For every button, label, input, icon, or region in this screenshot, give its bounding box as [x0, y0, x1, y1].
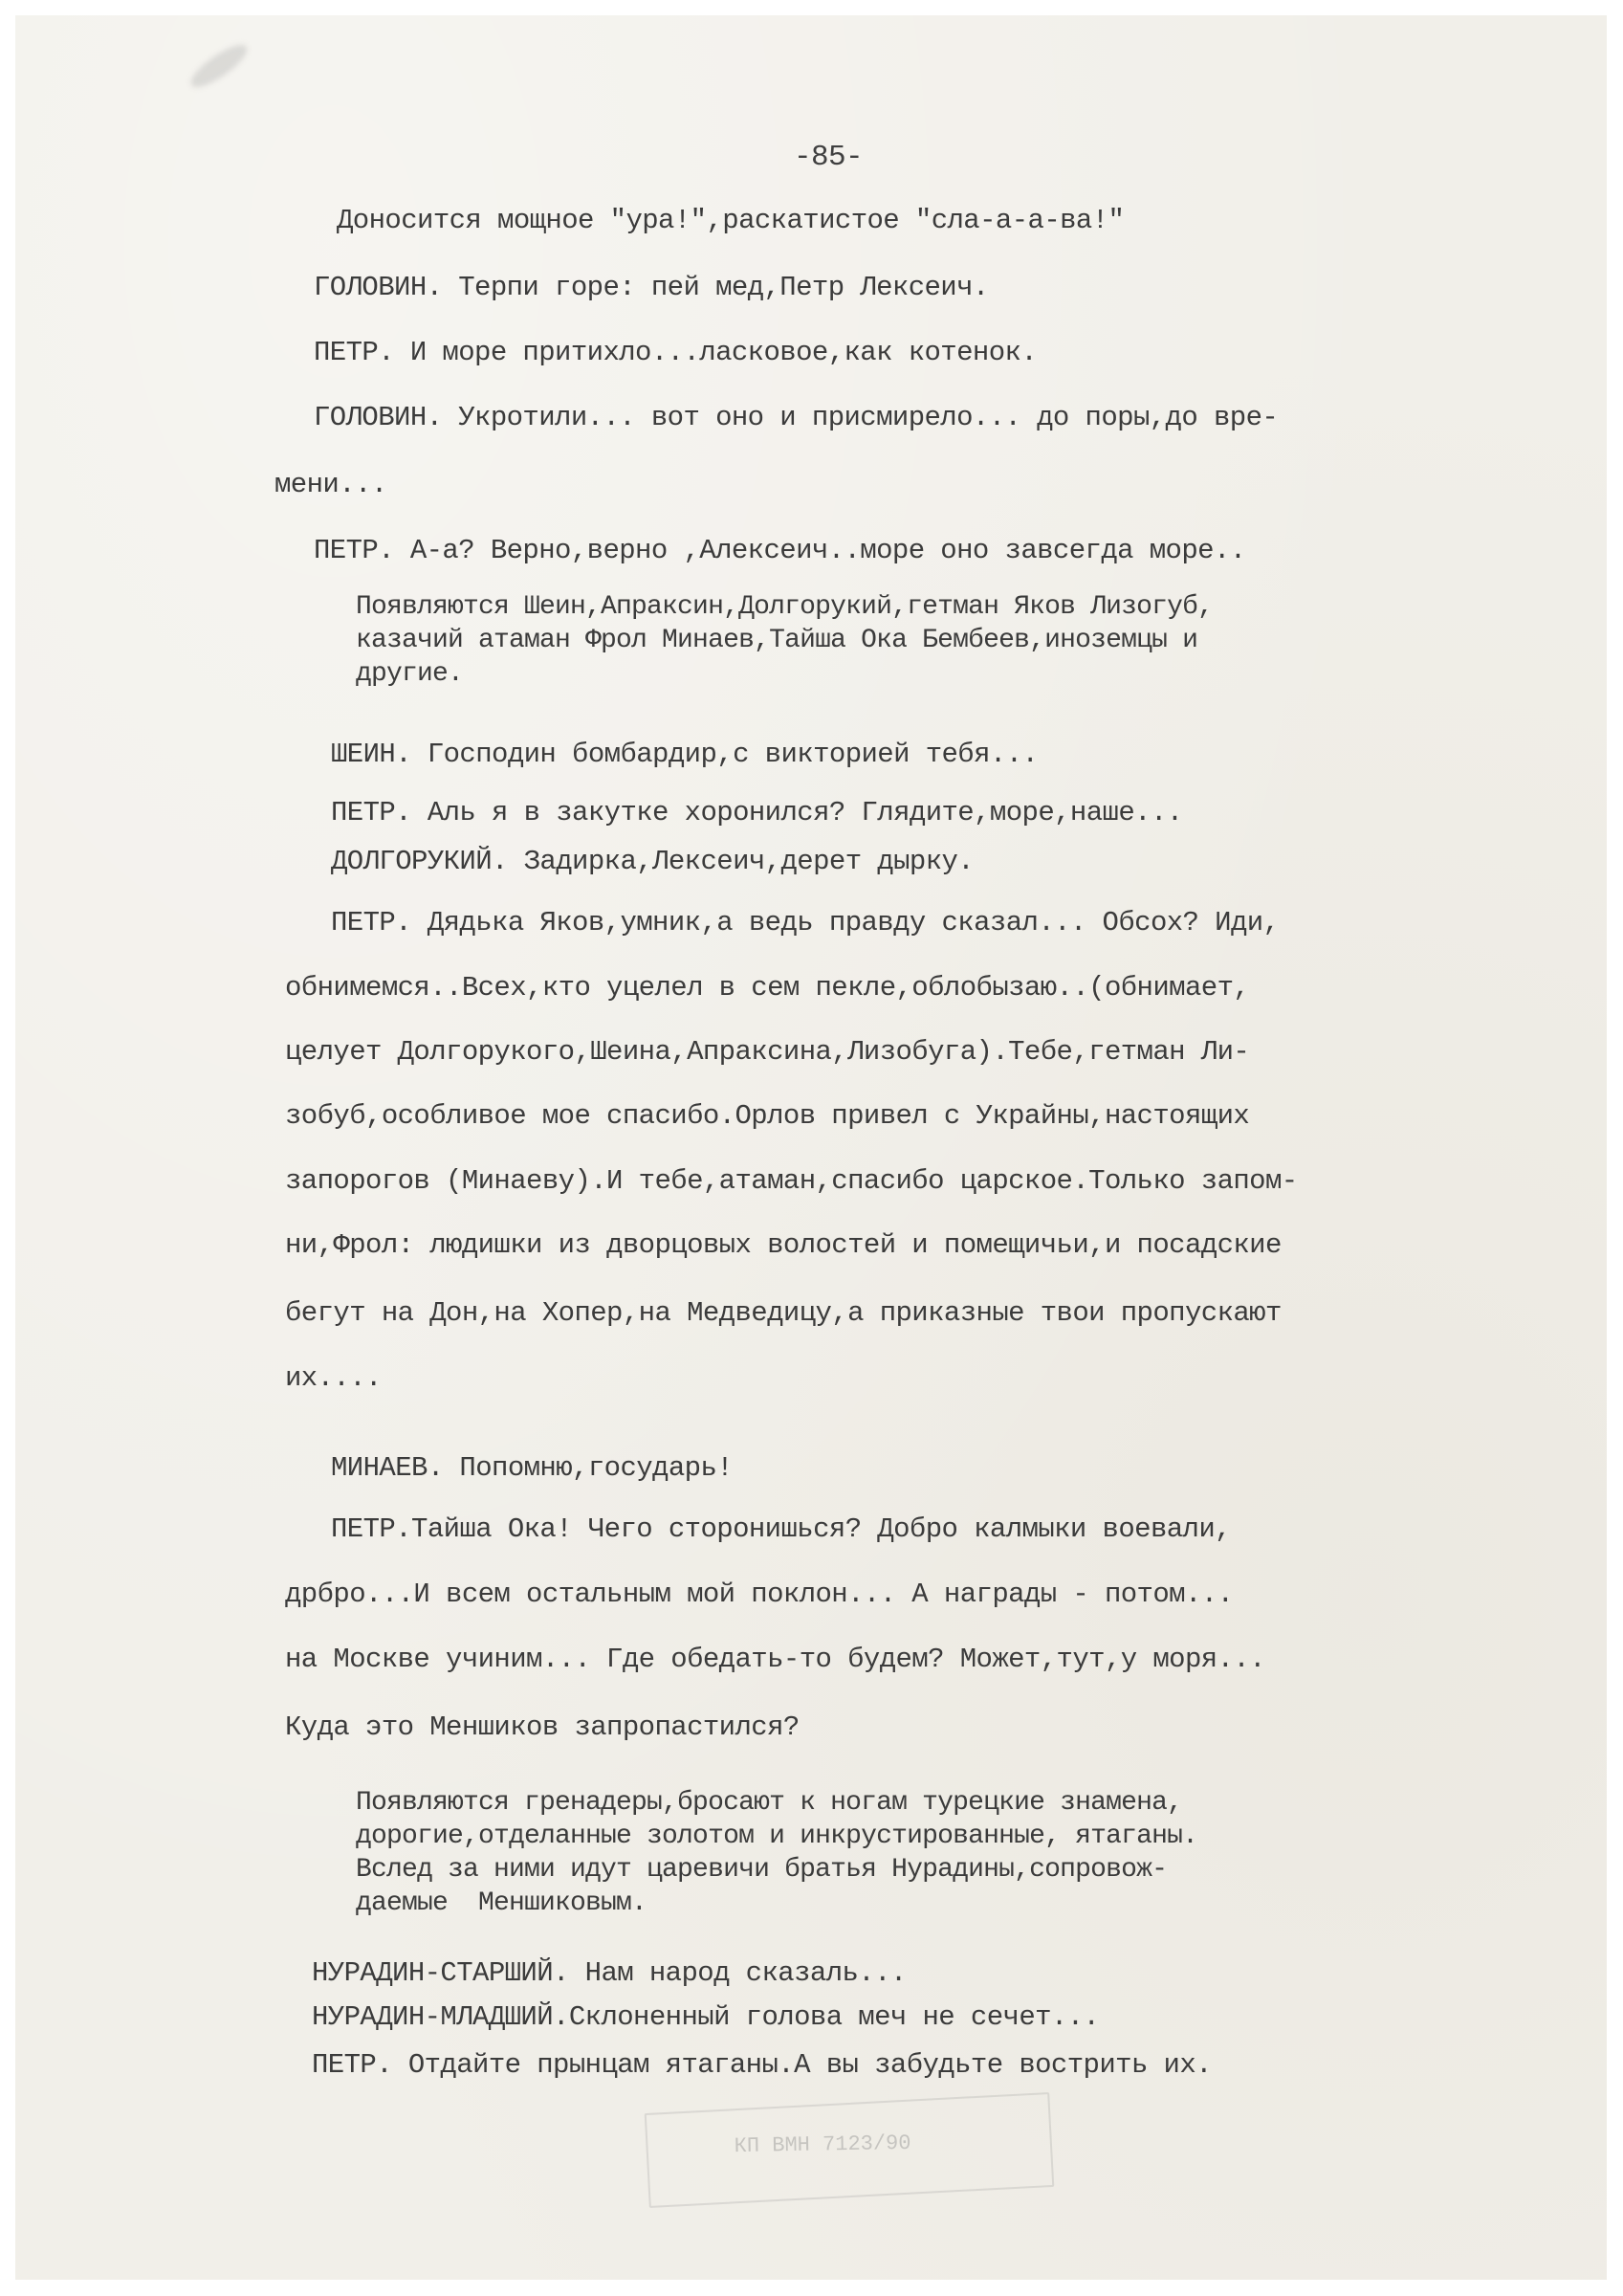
dialogue-line: ШЕИН. Господин бомбардир,с викторией теб… — [331, 739, 1038, 771]
stage-direction-line: дорогие,отделанные золотом и инкрустиров… — [356, 1820, 1197, 1853]
stage-direction-line: Вслед за ними идут царевичи братья Нурад… — [356, 1853, 1167, 1887]
stage-direction-line: Появляются Шеин,Апраксин,Долгорукий,гетм… — [356, 590, 1213, 624]
page-number: -85- — [794, 142, 863, 174]
typewritten-page: -85- Доносится мощное "ура!",раскатистое… — [15, 15, 1607, 2280]
dialogue-line: НУРАДИН-МЛАДШИЙ.Склоненный голова меч не… — [312, 2001, 1099, 2034]
dialogue-continuation: их.... — [285, 1362, 382, 1395]
dialogue-continuation: обнимемся..Всех,кто уцелел в сем пекле,о… — [285, 972, 1249, 1004]
stamp-text: КП ВМН 7123/90 — [734, 2131, 910, 2158]
dialogue-continuation: зобуб,особливое мое спасибо.Орлов привел… — [285, 1100, 1249, 1133]
dialogue-line: ПЕТР. Отдайте прынцам ятаганы.А вы забуд… — [312, 2049, 1212, 2082]
dialogue-line: ГОЛОВИН. Укротили... вот оно и присмирел… — [314, 402, 1278, 434]
stage-direction-line: казачий атаман Фрол Минаев,Тайша Ока Бем… — [356, 624, 1197, 657]
dialogue-continuation: ни,Фрол: людишки из дворцовых волостей и… — [285, 1229, 1282, 1262]
dialogue-continuation: дрбро...И всем остальным мой поклон... А… — [285, 1578, 1233, 1611]
dialogue-line: НУРАДИН-СТАРШИЙ. Нам народ сказаль... — [312, 1957, 907, 1990]
dialogue-line: ПЕТР.Тайша Ока! Чего сторонишься? Добро … — [331, 1513, 1231, 1546]
dialogue-line: МИНАЕВ. Попомню,государь! — [331, 1452, 733, 1485]
dialogue-line: ПЕТР. А-а? Верно,верно ,Алексеич..море о… — [314, 535, 1246, 567]
stage-direction-line: Доносится мощное "ура!",раскатистое "сла… — [337, 205, 1124, 237]
dialogue-line: ДОЛГОРУКИЙ. Задирка,Лексеич,дерет дырку. — [331, 846, 974, 878]
dialogue-continuation: запорогов (Минаеву).И тебе,атаман,спасиб… — [285, 1165, 1298, 1198]
dialogue-continuation: мени... — [274, 469, 387, 501]
paper-smudge — [186, 38, 252, 94]
dialogue-line: ПЕТР. И море притихло...ласковое,как кот… — [314, 337, 1037, 369]
stage-direction-line: Появляются гренадеры,бросают к ногам тур… — [356, 1786, 1182, 1820]
dialogue-continuation: на Москве учиним... Где обедать-то будем… — [285, 1644, 1265, 1676]
dialogue-continuation: целует Долгорукого,Шеина,Апраксина,Лизоб… — [285, 1036, 1249, 1069]
dialogue-line: ГОЛОВИН. Терпи горе: пей мед,Петр Лексеи… — [314, 272, 989, 304]
stage-direction-line: другие. — [356, 657, 463, 691]
archive-stamp-bleedthrough: КП ВМН 7123/90 — [645, 2092, 1055, 2208]
dialogue-continuation: бегут на Дон,на Хопер,на Медведицу,а при… — [285, 1297, 1282, 1330]
dialogue-continuation: Куда это Меншиков запропастился? — [285, 1711, 800, 1744]
dialogue-line: ПЕТР. Дядька Яков,умник,а ведь правду ск… — [331, 907, 1279, 939]
dialogue-line: ПЕТР. Аль я в закутке хоронился? Глядите… — [331, 797, 1183, 829]
stage-direction-line: даемые Меншиковым. — [356, 1887, 647, 1920]
